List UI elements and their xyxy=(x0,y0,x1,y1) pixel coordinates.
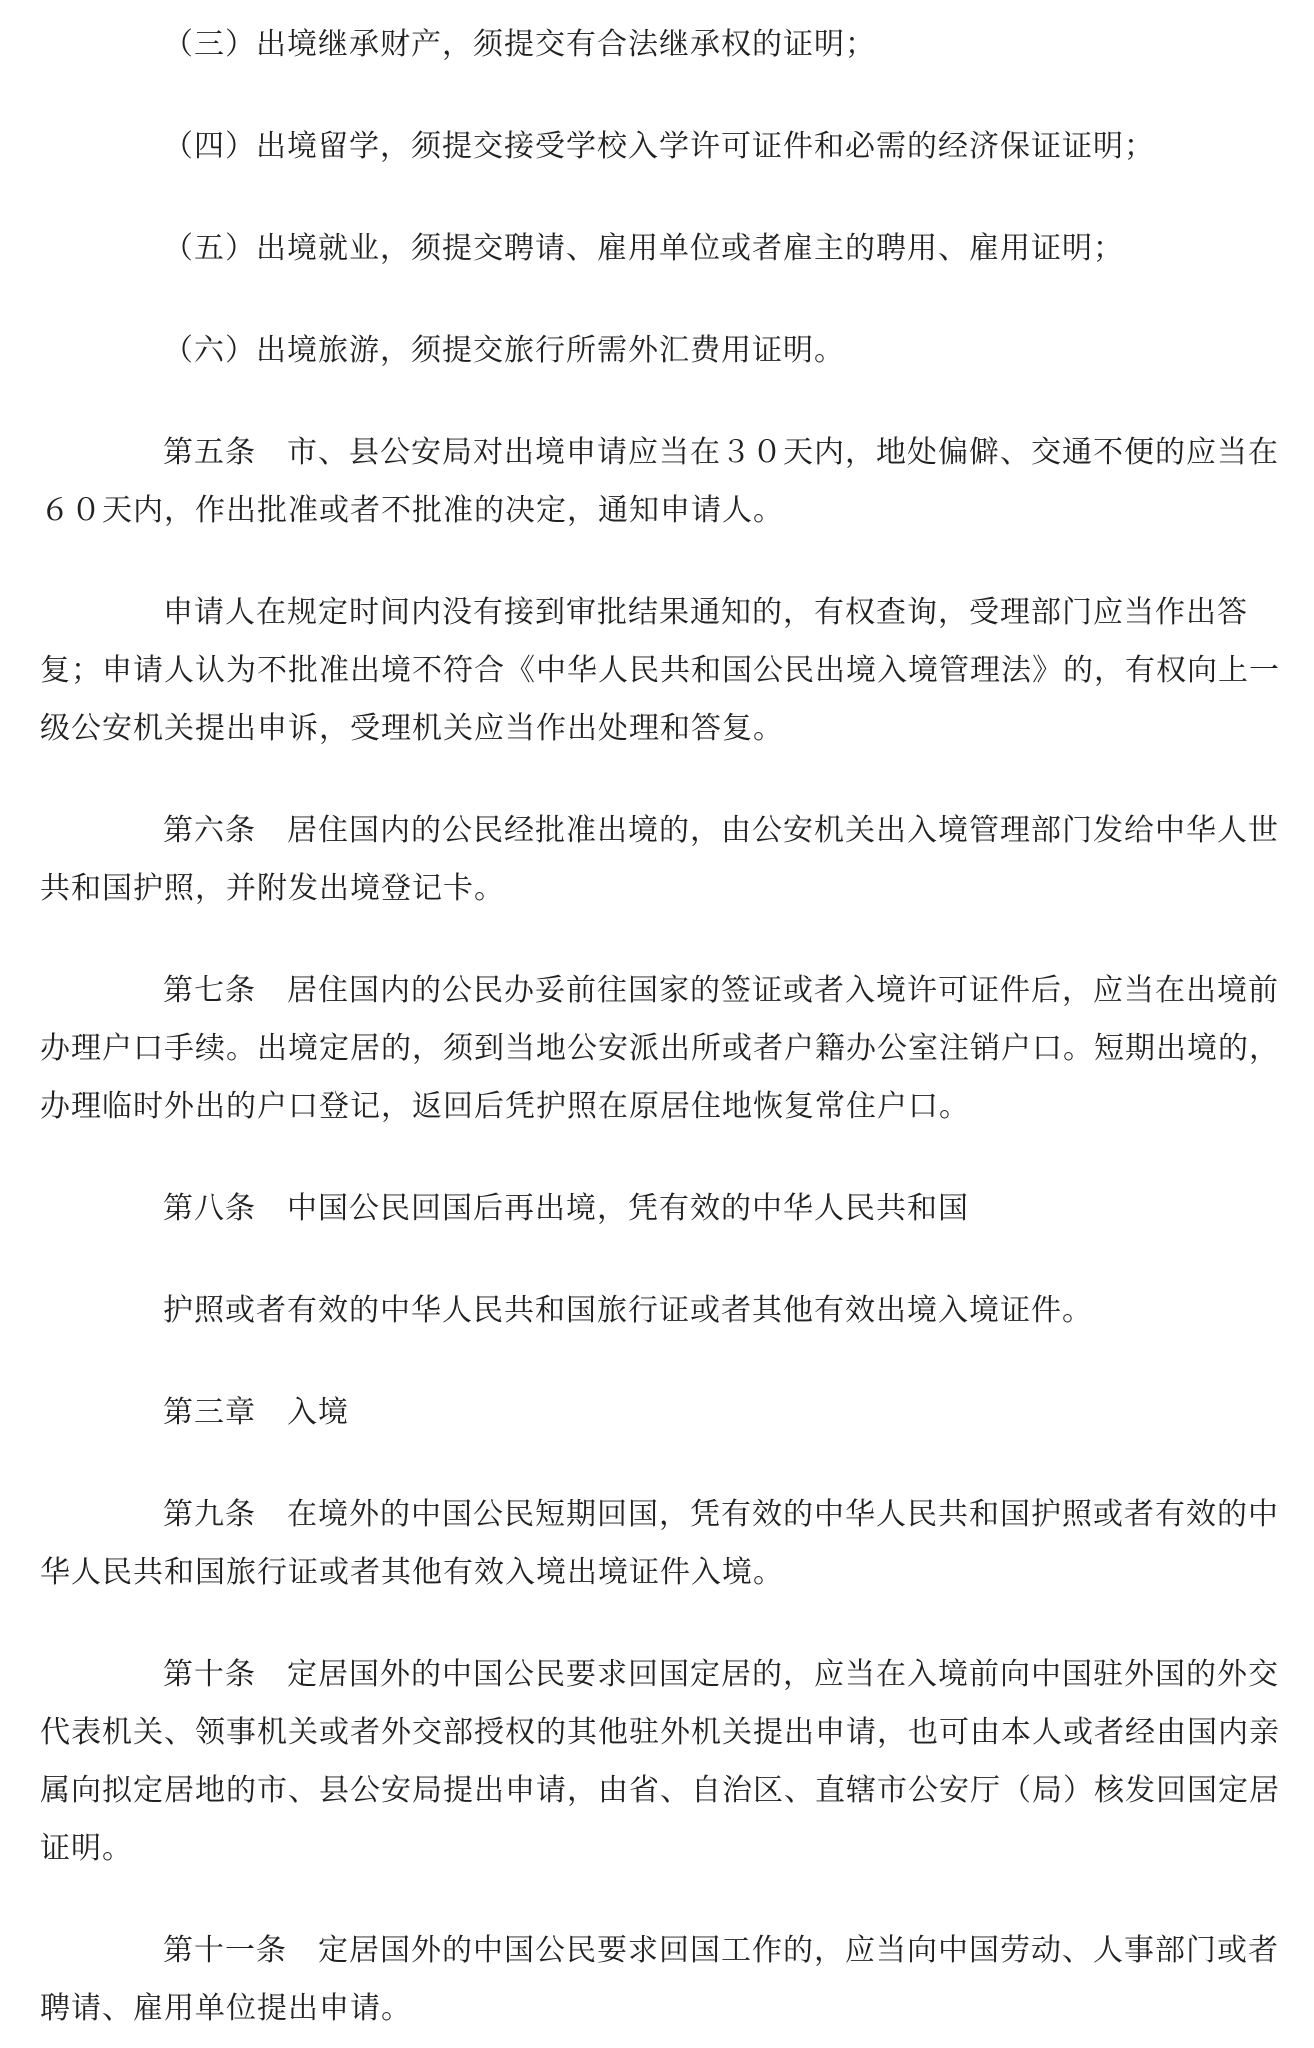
clause-item-4: （四）出境留学，须提交接受学校入学许可证件和必需的经济保证证明； xyxy=(40,118,1280,176)
article-8-follow-up: 护照或者有效的中华人民共和国旅行证或者其他有效出境入境证件。 xyxy=(40,1282,1280,1340)
article-5-follow-up: 申请人在规定时间内没有接到审批结果通知的，有权查询，受理部门应当作出答 复；申请… xyxy=(40,584,1280,758)
article-5: 第五条 市、县公安局对出境申请应当在３０天内，地处偏僻、交通不便的应当在 ６０天… xyxy=(40,424,1280,540)
article-11: 第十一条 定居国外的中国公民要求回国工作的，应当向中国劳动、人事部门或者 聘请、… xyxy=(40,1922,1280,2038)
document-page: { "document": { "kind": "scanned-legal-t… xyxy=(0,0,1314,2048)
legal-document: （三）出境继承财产，须提交有合法继承权的证明； （四）出境留学，须提交接受学校入… xyxy=(0,0,1314,2048)
clause-item-6: （六）出境旅游，须提交旅行所需外汇费用证明。 xyxy=(40,322,1280,380)
clause-item-3: （三）出境继承财产，须提交有合法继承权的证明； xyxy=(40,16,1280,74)
chapter-3-heading: 第三章 入境 xyxy=(40,1384,1280,1442)
article-6: 第六条 居住国内的公民经批准出境的，由公安机关出入境管理部门发给中华人世 共和国… xyxy=(40,802,1280,918)
article-9: 第九条 在境外的中国公民短期回国，凭有效的中华人民共和国护照或者有效的中 华人民… xyxy=(40,1486,1280,1602)
article-8: 第八条 中国公民回国后再出境，凭有效的中华人民共和国 xyxy=(40,1180,1280,1238)
article-10: 第十条 定居国外的中国公民要求回国定居的，应当在入境前向中国驻外国的外交 代表机… xyxy=(40,1646,1280,1878)
clause-item-5: （五）出境就业，须提交聘请、雇用单位或者雇主的聘用、雇用证明； xyxy=(40,220,1280,278)
article-7: 第七条 居住国内的公民办妥前往国家的签证或者入境许可证件后，应当在出境前 办理户… xyxy=(40,962,1280,1136)
